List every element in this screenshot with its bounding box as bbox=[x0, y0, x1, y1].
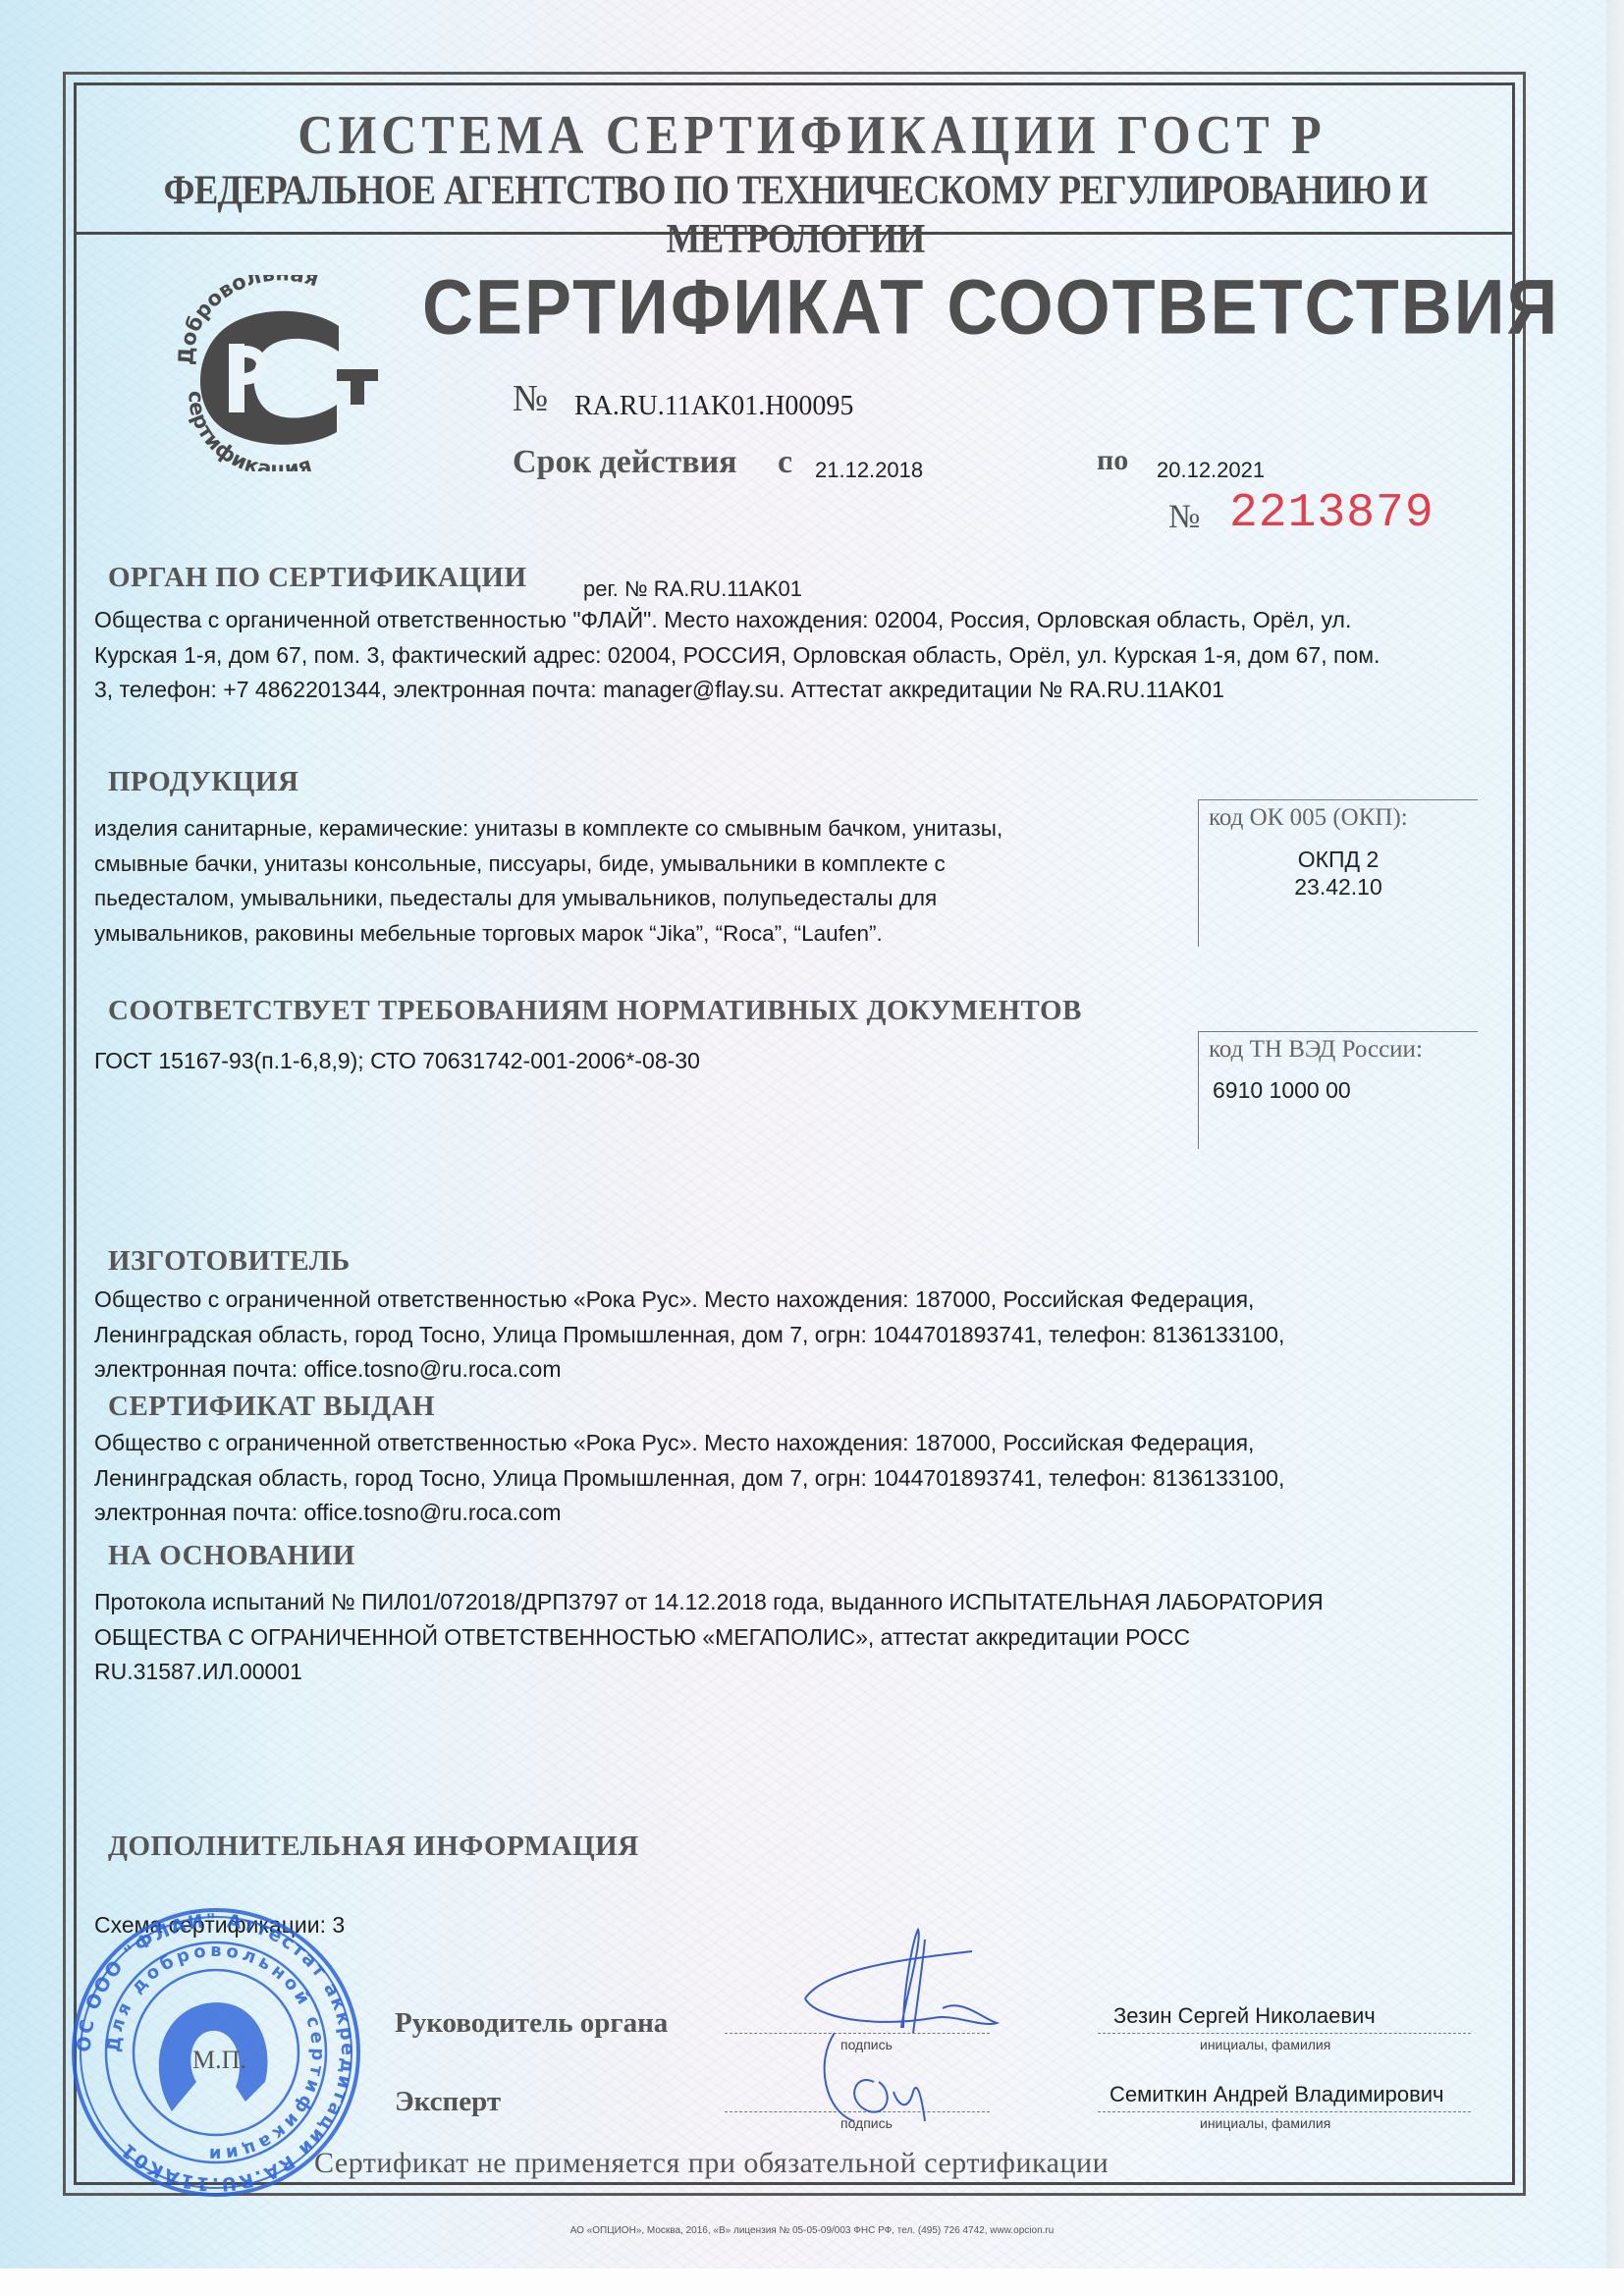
okp-code-box: код ОК 005 (ОКП): ОКПД 2 23.42.10 bbox=[1198, 799, 1478, 947]
section-title-products: ПРОДУКЦИЯ bbox=[108, 766, 298, 798]
okpd-label: ОКПД 2 bbox=[1199, 846, 1478, 873]
valid-from-date: 21.12.2018 bbox=[815, 458, 923, 483]
page-edge-shadow bbox=[1606, 0, 1624, 2269]
text-line: пьедесталом, умывальники, пьедесталы для… bbox=[94, 881, 1002, 916]
tnved-code-value: 6910 1000 00 bbox=[1199, 1077, 1478, 1104]
okpd-code: 23.42.10 bbox=[1199, 873, 1478, 901]
manufacturer-details: Общество с ограниченной ответственностью… bbox=[94, 1283, 1284, 1388]
okp-code-value: ОКПД 2 23.42.10 bbox=[1199, 846, 1478, 901]
tnved-code-label: код ТН ВЭД России: bbox=[1199, 1032, 1478, 1064]
stamp-place-label: М.П. bbox=[192, 2046, 246, 2075]
valid-to-date: 20.12.2021 bbox=[1157, 458, 1265, 483]
section-title-certification-body: ОРГАН ПО СЕРТИФИКАЦИИ bbox=[108, 562, 527, 594]
text-line: электронная почта: office.tosno@ru.roca.… bbox=[94, 1496, 1284, 1531]
expert-full-name: Семиткин Андрей Владимирович bbox=[1110, 2082, 1444, 2107]
text-line: RU.31587.ИЛ.00001 bbox=[94, 1655, 1324, 1690]
expert-name-line bbox=[1098, 2111, 1471, 2112]
valid-to-label: по bbox=[1097, 444, 1128, 477]
blank-serial-number: 2213879 bbox=[1229, 487, 1435, 540]
certificate-title: СЕРТИФИКАТ СООТВЕТСТВИЯ bbox=[422, 263, 1559, 352]
text-line: электронная почта: office.tosno@ru.roca.… bbox=[94, 1352, 1284, 1388]
section-title-normative-docs: СООТВЕТСТВУЕТ ТРЕБОВАНИЯМ НОРМАТИВНЫХ ДО… bbox=[108, 995, 1082, 1027]
text-line: смывные бачки, унитазы консольные, писсу… bbox=[94, 847, 1002, 882]
number-symbol: № bbox=[513, 377, 548, 420]
blank-number-symbol: № bbox=[1168, 499, 1200, 536]
normative-docs-text: ГОСТ 15167-93(п.1-6,8,9); СТО 70631742-0… bbox=[94, 1044, 700, 1079]
head-handwritten-signature-icon bbox=[785, 1920, 1041, 2038]
section-title-issued-to: СЕРТИФИКАТ ВЫДАН bbox=[108, 1391, 435, 1423]
printer-imprint: АО «ОПЦИОН», Москва, 2016, «В» лицензия … bbox=[0, 2225, 1624, 2236]
text-line: Общества с органиченной ответственностью… bbox=[94, 603, 1380, 638]
text-line: Общество с ограниченной ответственностью… bbox=[94, 1426, 1284, 1461]
voluntary-certification-logo-icon: Добровольная сертификация bbox=[172, 275, 388, 471]
certificate-number: RA.RU.11AK01.H00095 bbox=[574, 391, 853, 422]
valid-from-label: с bbox=[778, 444, 792, 481]
basis-details: Протокола испытаний № ПИЛ01/072018/ДРП37… bbox=[94, 1585, 1324, 1690]
text-line: ОБЩЕСТВА С ОГРАНИЧЕННОЙ ОТВЕТСТВЕННОСТЬЮ… bbox=[94, 1620, 1324, 1656]
certification-body-reg-number: рег. № RA.RU.11AK01 bbox=[583, 576, 802, 602]
okp-code-label: код ОК 005 (ОКП): bbox=[1199, 800, 1478, 832]
head-name-caption: инициалы, фамилия bbox=[1200, 2037, 1330, 2052]
text-line: Курская 1-я, дом 67, пом. 3, фактический… bbox=[94, 638, 1380, 674]
expert-label: Эксперт bbox=[395, 2086, 501, 2118]
tnved-code-box: код ТН ВЭД России: 6910 1000 00 bbox=[1198, 1031, 1478, 1149]
expert-name-caption: инициалы, фамилия bbox=[1200, 2115, 1330, 2131]
voluntary-only-notice: Сертификат не применяется при обязательн… bbox=[314, 2147, 1109, 2180]
head-of-body-label: Руководитель органа bbox=[395, 2007, 668, 2040]
head-full-name: Зезин Сергей Николаевич bbox=[1113, 2003, 1376, 2029]
validity-label: Срок действия bbox=[513, 444, 737, 481]
text-line: изделия санитарные, керамические: унитаз… bbox=[94, 811, 1002, 847]
certification-body-details: Общества с органиченной ответственностью… bbox=[94, 603, 1380, 708]
products-description: изделия санитарные, керамические: унитаз… bbox=[94, 811, 1002, 951]
section-title-basis: НА ОСНОВАНИИ bbox=[108, 1540, 355, 1572]
issued-to-details: Общество с ограниченной ответственностью… bbox=[94, 1426, 1284, 1531]
page-bottom-margin bbox=[0, 2269, 1624, 2296]
section-title-manufacturer: ИЗГОТОВИТЕЛЬ bbox=[108, 1245, 351, 1278]
expert-handwritten-signature-icon bbox=[815, 2023, 992, 2131]
agency-title: ФЕДЕРАЛЬНОЕ АГЕНТСТВО ПО ТЕХНИЧЕСКОМУ РЕ… bbox=[79, 167, 1512, 264]
certification-system-title: СИСТЕМА СЕРТИФИКАЦИИ ГОСТ Р bbox=[0, 103, 1624, 167]
text-line: Общество с ограниченной ответственностью… bbox=[94, 1283, 1284, 1318]
head-name-line bbox=[1098, 2033, 1471, 2034]
text-line: умывальников, раковины мебельные торговы… bbox=[94, 916, 1002, 952]
text-line: 3, телефон: +7 4862201344, электронная п… bbox=[94, 673, 1380, 708]
text-line: Ленинградская область, город Тосно, Улиц… bbox=[94, 1461, 1284, 1497]
text-line: Протокола испытаний № ПИЛ01/072018/ДРП37… bbox=[94, 1585, 1324, 1620]
text-line: Ленинградская область, город Тосно, Улиц… bbox=[94, 1318, 1284, 1353]
section-title-additional-info: ДОПОЛНИТЕЛЬНАЯ ИНФОРМАЦИЯ bbox=[108, 1831, 639, 1863]
